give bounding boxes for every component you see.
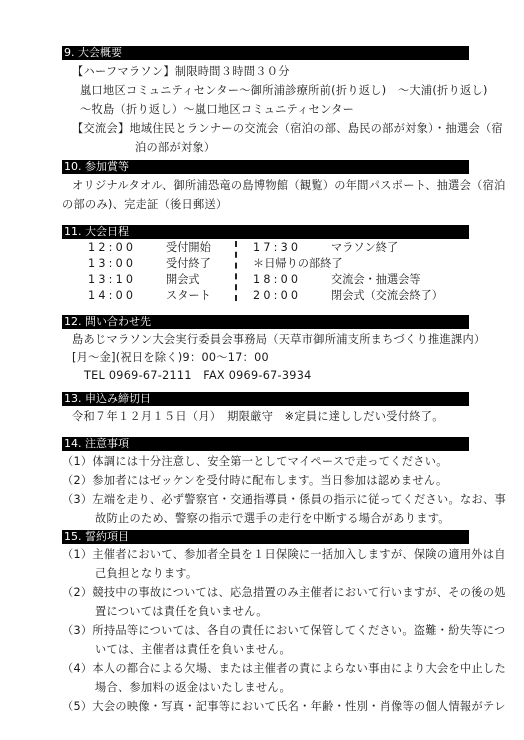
caution-item: （3）左端を走り、必ず警察官・交通指導員・係員の指示に従ってください。なお、事 bbox=[62, 493, 506, 507]
exchange-line-1: 【交流会】地域住民とランナーの交流会（宿泊の部、島民の部が対象）・抽選会（宿 bbox=[72, 122, 503, 136]
section-9-header: 9. 大会概要 bbox=[62, 46, 469, 60]
pledge-item: （5）大会の映像・写真・記事等において氏名・年齢・性別・肖像等の個人情報がテレ bbox=[62, 700, 506, 714]
section-15-header: 15. 誓約項目 bbox=[62, 530, 469, 544]
schedule-right-row: 18:00交流会・抽選会等 bbox=[253, 273, 421, 287]
schedule-right-row: ＊日帰りの部終了 bbox=[253, 257, 343, 271]
caution-item-cont: 故防止のため、警察の指示で選手の走行を中断する場合があります。 bbox=[95, 512, 450, 526]
pledge-item: （2）競技中の事故については、応急措置のみ主催者において行いますが、その後の処 bbox=[62, 586, 506, 600]
route-line-1: 嵐口地区コミュニティセンター～御所浦診療所前(折り返し) ～大浦(折り返し) bbox=[80, 84, 488, 98]
contact-org: 島あじマラソン大会実行委員会事務局（天草市御所浦支所まちづくり推進課内） bbox=[72, 333, 485, 347]
pledge-item: （3）所持品等については、各自の責任において保管してください。盗難・紛失等につ bbox=[62, 624, 506, 638]
pledge-item-cont: 場合、参加料の返金はいたしません。 bbox=[95, 681, 291, 695]
schedule-left-row: 13:00受付終了 bbox=[88, 257, 211, 271]
pledge-item-cont: 己負担となります。 bbox=[95, 567, 198, 581]
contact-phone-fax: TEL 0969-67-2111 FAX 0969-67-3934 bbox=[84, 369, 312, 383]
route-line-2: ～牧島（折り返し）～嵐口地区コミュニティセンター bbox=[80, 103, 354, 117]
pledge-item-cont: 置については責任を負いません。 bbox=[95, 605, 268, 619]
schedule-left-row: 12:00受付開始 bbox=[88, 241, 211, 255]
schedule-divider bbox=[235, 241, 237, 301]
section-13-header: 13. 申込み締切日 bbox=[62, 392, 469, 406]
contact-hours: [月～金](祝日を除く)9：00～17：00 bbox=[72, 351, 269, 365]
section-14-header: 14. 注意事項 bbox=[62, 437, 469, 451]
section-11-header: 11. 大会日程 bbox=[62, 225, 469, 239]
schedule-left-row: 13:10開会式 bbox=[88, 273, 200, 287]
pledge-item: （1）主催者において、参加者全員を１日保険に一括加入しますが、保険の適用外は自 bbox=[62, 548, 506, 562]
exchange-line-2: 泊の部が対象） bbox=[135, 141, 215, 155]
pledge-item-cont: いては、主催者は責任を負いません。 bbox=[95, 643, 291, 657]
prize-line-2: の部のみ)、完走証（後日郵送） bbox=[62, 198, 228, 212]
prize-line-1: オリジナルタオル、御所浦恐竜の島博物館（観覧）の年間パスポート、抽選会（宿泊 bbox=[72, 179, 506, 193]
deadline-text: 令和７年１２月１５日（月） 期限厳守 ※定員に達ししだい受付終了。 bbox=[72, 410, 444, 424]
pledge-item: （4）本人の都合による欠場、または主催者の責によらない事由により大会を中止した bbox=[62, 662, 506, 676]
half-marathon-limit: 【ハーフマラソン】制限時間３時間３０分 bbox=[72, 65, 290, 79]
schedule-right-row: 17:30マラソン終了 bbox=[253, 241, 398, 255]
schedule-left-row: 14:00スタート bbox=[88, 289, 211, 303]
schedule-right-row: 20:00閉会式（交流会終了） bbox=[253, 289, 443, 303]
caution-item: （1）体調には十分注意し、安全第一としてマイペースで走ってください。 bbox=[62, 455, 448, 469]
caution-item: （2）参加者にはゼッケンを受付時に配布します。当日参加は認めません。 bbox=[62, 474, 448, 488]
section-12-header: 12. 問い合わせ先 bbox=[62, 315, 469, 329]
section-10-header: 10. 参加賞等 bbox=[62, 160, 469, 174]
